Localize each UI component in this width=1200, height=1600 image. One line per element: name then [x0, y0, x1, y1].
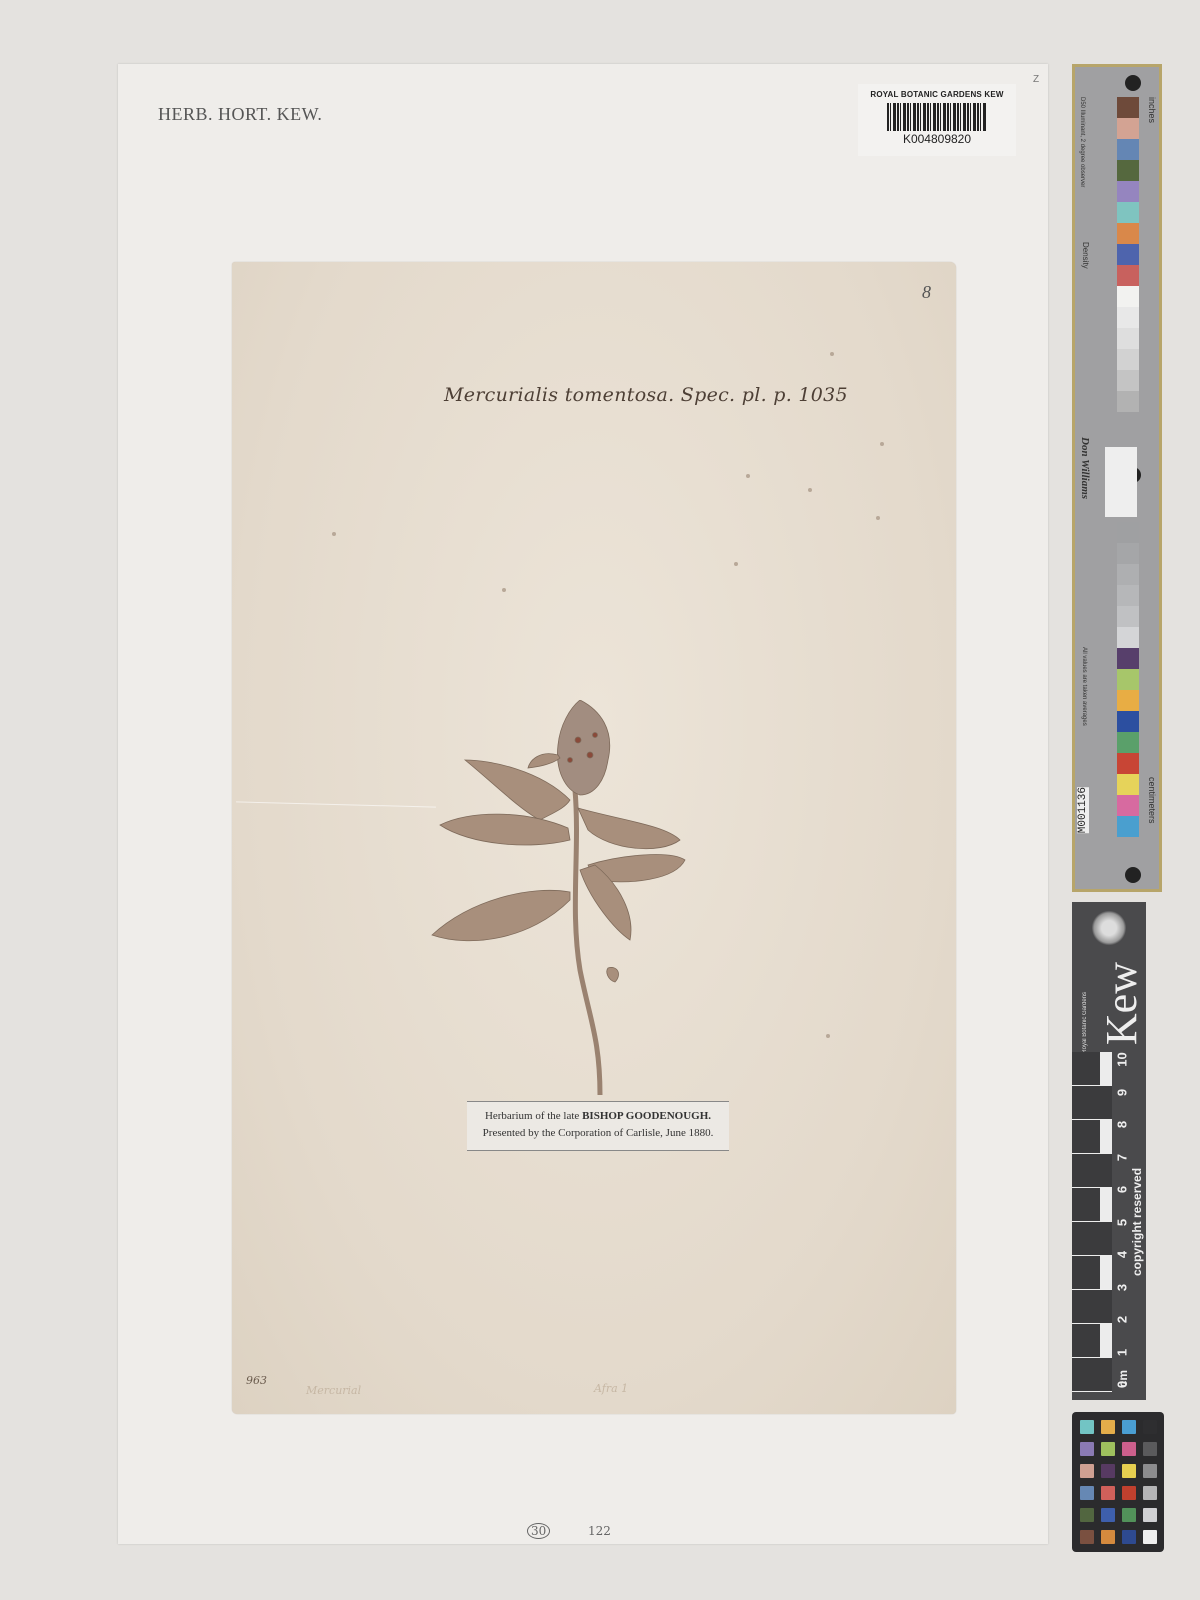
color-swatch [1117, 648, 1139, 669]
kew-scale-bar: Royal Botanic Gardens Kew 012345678910 c… [1072, 902, 1146, 1400]
color-checker-patch [1101, 1420, 1115, 1434]
copyright-text: copyright reserved [1130, 1052, 1144, 1392]
color-calibration-ruler: inches D50 Illuminant, 2 degree observer… [1072, 64, 1162, 892]
color-swatch [1117, 223, 1139, 244]
ruler-serial: M001136 [1077, 787, 1089, 833]
color-checker-patch [1122, 1464, 1136, 1478]
scale-number: 7 [1115, 1149, 1130, 1165]
scale-number: 4 [1115, 1247, 1130, 1263]
barcode-organization: ROYAL BOTANIC GARDENS KEW [858, 90, 1016, 99]
ruler-brand: Don Williams [1079, 437, 1091, 499]
color-checker-patch [1143, 1420, 1157, 1434]
color-swatch [1117, 753, 1139, 774]
scale-numbers: 012345678910 [1114, 1052, 1130, 1392]
color-swatch [1117, 795, 1139, 816]
color-swatch [1117, 97, 1139, 118]
color-swatch [1117, 627, 1139, 648]
color-swatch [1117, 349, 1139, 370]
foxing-spot [734, 562, 738, 566]
foxing-spot [332, 532, 336, 536]
color-checker-patch [1122, 1442, 1136, 1456]
color-checker-patch [1080, 1420, 1094, 1434]
ruler-target-patch [1105, 447, 1137, 517]
color-swatch [1117, 690, 1139, 711]
color-checker-patch [1080, 1464, 1094, 1478]
color-swatch [1117, 370, 1139, 391]
color-swatch [1117, 328, 1139, 349]
color-checker-patch [1101, 1464, 1115, 1478]
color-checker-patch [1122, 1420, 1136, 1434]
color-swatch [1117, 606, 1139, 627]
scale-number: 5 [1115, 1214, 1130, 1230]
color-swatch [1117, 160, 1139, 181]
color-checker-patch [1122, 1508, 1136, 1522]
color-checker-patch [1080, 1508, 1094, 1522]
foxing-spot [746, 474, 750, 478]
color-swatch-column-bottom [1117, 522, 1139, 837]
color-checker-patch [1143, 1486, 1157, 1500]
color-checker-patch [1101, 1486, 1115, 1500]
ruler-illuminant-text: D50 Illuminant, 2 degree observer [1079, 97, 1085, 187]
barcode-id: K004809820 [858, 132, 1016, 146]
color-checker-patch [1122, 1486, 1136, 1500]
ruler-hole [1125, 75, 1141, 91]
color-checker-card [1072, 1412, 1164, 1552]
color-checker-patch [1101, 1508, 1115, 1522]
scale-number: 1 [1115, 1344, 1130, 1360]
foxing-spot [808, 488, 812, 492]
collection-label: Herbarium of the late BISHOP GOODENOUGH.… [467, 1101, 729, 1151]
ruler-top-label: inches [1147, 97, 1157, 123]
color-swatch [1117, 118, 1139, 139]
locality-note: Afra 1 [594, 1382, 628, 1395]
faint-note: Mercurial [306, 1384, 361, 1397]
scale-number: 8 [1115, 1117, 1130, 1133]
color-checker-patch [1122, 1530, 1136, 1544]
collection-label-line1: Herbarium of the late BISHOP GOODENOUGH. [467, 1108, 729, 1125]
color-swatch [1117, 543, 1139, 564]
herbarium-header: HERB. HORT. KEW. [158, 104, 322, 125]
color-checker-patch [1101, 1442, 1115, 1456]
color-swatch [1117, 244, 1139, 265]
corner-mark: Z [1033, 74, 1039, 85]
color-swatch [1117, 202, 1139, 223]
color-swatch [1117, 286, 1139, 307]
color-swatch [1117, 774, 1139, 795]
foxing-spot [826, 1034, 830, 1038]
color-swatch-column-top [1117, 97, 1139, 412]
foxing-spot [876, 516, 880, 520]
scale-number: 9 [1115, 1084, 1130, 1100]
collection-label-line2: Presented by the Corporation of Carlisle… [467, 1125, 729, 1142]
color-swatch [1117, 265, 1139, 286]
color-swatch [1117, 585, 1139, 606]
cm-scale [1072, 1052, 1112, 1392]
color-swatch [1117, 139, 1139, 160]
ruler-density-label: Density [1081, 242, 1090, 269]
color-swatch [1117, 816, 1139, 837]
scale-number: 6 [1115, 1182, 1130, 1198]
footer-number: 122 [588, 1524, 611, 1538]
color-checker-patch [1143, 1508, 1157, 1522]
color-swatch [1117, 711, 1139, 732]
scale-number: 2 [1115, 1312, 1130, 1328]
plant-specimen [430, 700, 710, 1095]
color-checker-patch [1080, 1442, 1094, 1456]
cm-unit-label: cm [1116, 1370, 1130, 1387]
specimen-number: 963 [246, 1374, 267, 1387]
color-swatch [1117, 564, 1139, 585]
color-checker-patch [1080, 1486, 1094, 1500]
color-swatch [1117, 391, 1139, 412]
sheet-number: 8 [922, 282, 931, 303]
foxing-spot [830, 352, 834, 356]
ruler-values-note: All values are taken averages [1081, 647, 1087, 726]
color-swatch [1117, 732, 1139, 753]
color-swatch [1117, 181, 1139, 202]
color-swatch [1117, 669, 1139, 690]
scale-number: 10 [1115, 1052, 1130, 1068]
scale-number: 3 [1115, 1279, 1130, 1295]
foxing-spot [502, 588, 506, 592]
kew-logo: Kew [1096, 962, 1147, 1045]
color-checker-patch [1101, 1530, 1115, 1544]
footer-circled-number: 30 [527, 1524, 550, 1538]
color-swatch [1117, 522, 1139, 543]
barcode-label: ROYAL BOTANIC GARDENS KEW K004809820 [858, 84, 1016, 156]
ruler-bottom-label: centimeters [1147, 777, 1157, 824]
color-checker-patch [1080, 1530, 1094, 1544]
barcode-icon [887, 103, 987, 131]
color-swatch [1117, 307, 1139, 328]
color-checker-patch [1143, 1464, 1157, 1478]
foxing-spot [880, 442, 884, 446]
determination-handwriting: Mercurialis tomentosa. Spec. pl. p. 1035 [444, 384, 848, 406]
kew-crest-icon [1092, 910, 1126, 946]
color-checker-patch [1143, 1530, 1157, 1544]
ruler-hole [1125, 867, 1141, 883]
kew-brand-sub: Royal Botanic Gardens [1082, 992, 1088, 1054]
color-checker-patch [1143, 1442, 1157, 1456]
